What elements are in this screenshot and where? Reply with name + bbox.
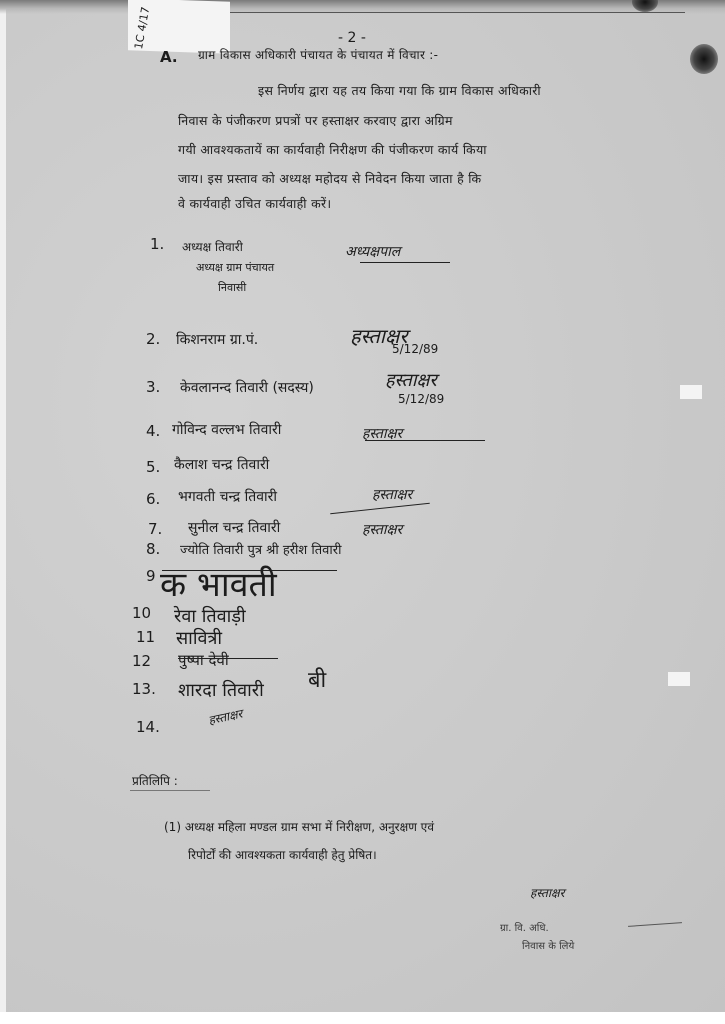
attendee-number: 8.: [146, 540, 160, 558]
attendee-signature: हस्ताक्षर: [385, 368, 437, 392]
attendee-signature: हस्ताक्षर: [362, 520, 402, 539]
attendee-name: कैलाश चन्द्र तिवारी: [174, 455, 269, 474]
heading: ग्राम विकास अधिकारी पंचायत के पंचायत में…: [198, 46, 438, 63]
attendee-number: 3.: [146, 378, 160, 396]
attendee-name: केवलानन्द तिवारी (सदस्य): [180, 378, 314, 397]
attendee-signature: हस्ताक्षर: [207, 705, 244, 729]
paragraph-line: निवास के पंजीकरण प्रपत्रों पर हस्ताक्षर …: [178, 112, 453, 129]
page-left-edge: [0, 0, 6, 1012]
attendee-number: 13.: [132, 680, 156, 698]
footer-signature: हस्ताक्षर: [530, 884, 565, 901]
attendee-number: 2.: [146, 330, 160, 348]
attendee-name: ज्योति तिवारी पुत्र श्री हरीश तिवारी: [180, 540, 341, 558]
footer-designation: निवास के लिये: [522, 938, 574, 952]
scanned-document-page: 1C 4/17 - 2 - A. ग्राम विकास अधिकारी पंच…: [0, 0, 725, 1012]
attendee-number: 12: [132, 652, 151, 670]
copy-line: (1) अध्यक्ष महिला मण्डल ग्राम सभा में नि…: [164, 818, 434, 835]
attendee-name: सुनील चन्द्र तिवारी: [188, 518, 280, 537]
scan-bottom-margin: [0, 1012, 725, 1024]
footer-designation: ग्रा. वि. अधि.: [500, 920, 549, 934]
attendee-name: पुष्पा देवी: [178, 650, 229, 670]
signature-underline: [360, 262, 450, 263]
name-headline: [178, 658, 278, 659]
copy-line: रिपोर्टों की आवश्यकता कार्यवाही हेतु प्र…: [188, 846, 377, 863]
attendee-name: क भावती: [160, 560, 277, 606]
punch-hole-stain: [690, 44, 718, 74]
paper-tear-mark: [668, 672, 690, 686]
attendee-number: 11: [136, 628, 155, 646]
attendee-name: रेवा तिवाड़ी: [174, 604, 246, 628]
copy-label-underline: [130, 790, 210, 791]
paragraph-line: जाय। इस प्रस्ताव को अध्यक्ष महोदय से निव…: [178, 170, 481, 187]
attendee-number: 7.: [148, 520, 162, 538]
attendee-number: 1.: [150, 235, 164, 253]
copy-label: प्रतिलिपि :: [132, 772, 178, 789]
attendee-number: 6.: [146, 490, 160, 508]
attendee-name: सावित्री: [176, 626, 222, 650]
attendee-signature: अध्यक्षपाल: [345, 242, 400, 261]
attendee-number: 4.: [146, 422, 160, 440]
attendee-subtitle: निवासी: [218, 280, 246, 295]
page-number: - 2 -: [338, 30, 366, 46]
attendee-number: 14.: [136, 718, 160, 736]
signature-underline: [365, 440, 485, 441]
paper-tear-mark: [680, 385, 702, 399]
paragraph-line: वे कार्यवाही उचित कार्यवाही करें।: [178, 195, 331, 212]
attendee-subtitle: अध्यक्ष ग्राम पंचायत: [196, 260, 274, 275]
attendee-number: 10: [132, 604, 151, 622]
top-rule-line: [215, 12, 685, 13]
footer-rule: [628, 922, 682, 927]
paragraph-line: इस निर्णय द्वारा यह तय किया गया कि ग्राम…: [258, 82, 541, 99]
item-label: A.: [160, 48, 178, 66]
name-headline: [162, 570, 337, 571]
signature-underline: [330, 503, 430, 514]
signature-date: 5/12/89: [398, 392, 444, 406]
signature-date: 5/12/89: [392, 342, 438, 356]
attendee-name: अध्यक्ष तिवारी: [182, 238, 243, 255]
attendee-name: किशनराम ग्रा.पं.: [176, 330, 258, 349]
attendee-signature: बी: [308, 664, 326, 694]
attendee-number: 5.: [146, 458, 160, 476]
paragraph-line: गयी आवश्यकतायें का कार्यवाही निरीक्षण की…: [178, 141, 487, 158]
attendee-name: भगवती चन्द्र तिवारी: [178, 487, 277, 506]
attendee-name: शारदा तिवारी: [178, 678, 264, 702]
attendee-signature: हस्ताक्षर: [372, 485, 412, 504]
attendee-number: 9: [146, 567, 156, 585]
attendee-name: गोविन्द वल्लभ तिवारी: [172, 420, 281, 439]
